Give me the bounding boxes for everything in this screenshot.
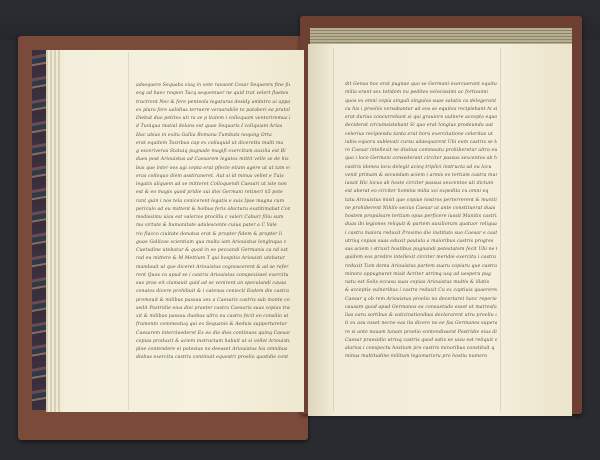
manuscript-line: natu est Solis occasu suas copias Arioui…: [345, 279, 497, 287]
manuscript-line: venit primam & secundam aciem i armis ee…: [345, 172, 497, 180]
manuscript-line: hostem propulsare tertiam opus perficere…: [345, 213, 497, 221]
manuscript-line: & acceptis vulneribus i castra reduxit C…: [345, 287, 497, 295]
manuscript-line: quos ex omni copia singuli singulos suae…: [345, 98, 497, 106]
manuscript-line: eras colloquo diem asstiruneret. Aut si …: [136, 173, 290, 181]
manuscript-line: minus multitudine militum legionarioru p…: [345, 353, 497, 361]
manuscript-line: re Caesar intellexit ne diutius commeatu…: [345, 147, 497, 155]
manuscript-line: iubis equoru sublevati cursu adaequarent…: [345, 139, 497, 147]
manuscript-line: est aberat eo circiter hominu milia xvi …: [345, 188, 497, 196]
left-text-block: adsequere Sequabs viaq in vete ravaont C…: [136, 82, 290, 363]
manuscript-line: suo prae eit clamauit quid ad se veniren…: [136, 280, 290, 288]
manuscript-line: copias produxit & aciem instructam habui…: [136, 338, 290, 346]
manuscript-line: tractrent Nec & fere penteola legaturas …: [136, 99, 290, 107]
manuscript-line: conatos dicere prohibuit & i catenas con…: [136, 288, 290, 296]
manuscript-line: guae Gallicae scientiam qua multa iam Ar…: [136, 239, 290, 247]
manuscript-line: re si ante nouam lunam proelio contendis…: [345, 329, 497, 337]
manuscript-line: deciderat circumsistebant Si quo erat lo…: [345, 122, 497, 130]
ruling-line: [333, 48, 334, 412]
manuscript-line: g esceriveras Statuiq pugnade magifi exe…: [136, 148, 290, 156]
manuscript-line: milia erant sex totidem nu pedites veloc…: [345, 89, 497, 97]
manuscript-line: Caesarem interclaederet Ex eo die dies c…: [136, 330, 290, 338]
manuscript-line: causam quod apud Germanos ea consuetudo …: [345, 304, 497, 312]
manuscript-line: rant quin i nos tela conicerent legatis …: [136, 198, 290, 206]
manuscript-line: xit & milibus passuu duobus ultra eu cas…: [136, 313, 290, 321]
manuscript-line: sus aciem i struxit hostibus pugnandi po…: [345, 246, 497, 254]
manuscript-line: legatis aliquem ad se mitteret Colloquen…: [136, 181, 290, 189]
manuscript-line: Caesar q ob rem Ariouistus proelio no de…: [345, 296, 497, 304]
manuscript-line: ti ex usu esset necne eas ita dicere no …: [345, 320, 497, 328]
manuscript-line: promouit & milibus passuu sex a Caesaris…: [136, 297, 290, 305]
manuscript-line: Cuetudine utebatur & quod in eo peccandi…: [136, 247, 290, 255]
manuscript-line: ex plura fere ualidius terraere versarab…: [136, 107, 290, 115]
manuscript-line: bus que inter eos agi cepta erat pfecte …: [136, 165, 290, 173]
manuscript-line: rad eu mittere & M Mettium T qui hospiti…: [136, 255, 290, 263]
manuscript-line: erat equitem Tosribus cap ex collaquid u…: [136, 140, 290, 148]
ruling-line: [128, 52, 129, 410]
manuscript-line: sedit Postridie eius diei praeter castra…: [136, 305, 290, 313]
marbled-endpaper: [32, 50, 46, 410]
manuscript-line: Hac ubias in exitu Gallia Romana Tumbuts…: [136, 132, 290, 140]
manuscript-line: duas ibi legiones reliquit & partem auxi…: [345, 221, 497, 229]
right-text-block: dit Genus hoc erat pugnae quo se Germani…: [345, 81, 497, 362]
manuscript-line: alarios i conspectu hostium pro castris …: [345, 345, 497, 353]
manuscript-line: iussit Hic locus ab hoste circiter passu…: [345, 180, 497, 188]
manuscript-line: quidem eos prodire intellexit circiter m…: [345, 254, 497, 262]
manuscript-line: modissimu uisu est valerios procillu c v…: [136, 214, 290, 222]
manuscript-line: reduxit Tum demu Ariouistus partem suaru…: [345, 263, 497, 271]
manuscript-line: rio flacco ciuitate donatus erat & propt…: [136, 231, 290, 239]
manuscript-line: diebus exercitu castris continuit equest…: [136, 354, 290, 362]
manuscript-line: ma virtute & humanitate adulescente cuiu…: [136, 222, 290, 230]
manuscript-line: d Tuniqua matial dolans est quae Sequari…: [136, 123, 290, 131]
manuscript-line: est & eo magis quod pridie sui diei Germ…: [136, 189, 290, 197]
manuscript-line: i castra maiora reduxit Proximo die inst…: [345, 230, 497, 238]
manuscript-line: Diebut duo petites uti ra se p ltalem i …: [136, 115, 290, 123]
manuscript-line: periculo ad eu mittent & hoibus feris ob…: [136, 206, 290, 214]
manuscript-line: eog ad haec respon Tacq sequemuer ne qui…: [136, 90, 290, 98]
manuscript-line: ploe contendere ei potestas no deesset A…: [136, 346, 290, 354]
manuscript-line: rent Quos cu apud se i castris Ariouistu…: [136, 272, 290, 280]
manuscript-line: dit Genus hoc erat pugnae quo se Germani…: [345, 81, 497, 89]
manuscript-line: lias earu sortibus & vaticinationibus de…: [345, 312, 497, 320]
manuscript-line: dues post Ariouistus ad Caesarem legatos…: [136, 156, 290, 164]
manuscript-line: mandauit ut que diceret Ariouistus cogno…: [136, 264, 290, 272]
manuscript-line: tatu Ariouistus misit que copiae nostros…: [345, 197, 497, 205]
manuscript-line: erat durius concurrebant si qui grauiore…: [345, 114, 497, 122]
manuscript-line: frumento commeatuq qui ex Sequanis & Aed…: [136, 321, 290, 329]
manuscript-line: castris idoneu locu delegit acieq tripli…: [345, 164, 497, 172]
manuscript-line: Caesar praesidio utrisq castris quod sat…: [345, 337, 497, 345]
left-page-edges: [46, 50, 60, 412]
manuscript-line: celerius recipiendu tanta erat horu exer…: [345, 131, 497, 139]
manuscript-line: ne prohiberent Nihilo secius Caesar ut a…: [345, 205, 497, 213]
manuscript-line: cu his i proeliis versabantur ad eos se …: [345, 106, 497, 114]
ruling-line: [500, 48, 501, 412]
manuscript-line: adsequere Sequabs viaq in vete ravaont C…: [136, 82, 290, 90]
manuscript-line: quo i loco Germani consederant circiter …: [345, 155, 497, 163]
manuscript-line: utrisq copias suas eduxit paululu a maio…: [345, 238, 497, 246]
manuscript-line: minora oppugnaret misit Acriter utrimq u…: [345, 271, 497, 279]
